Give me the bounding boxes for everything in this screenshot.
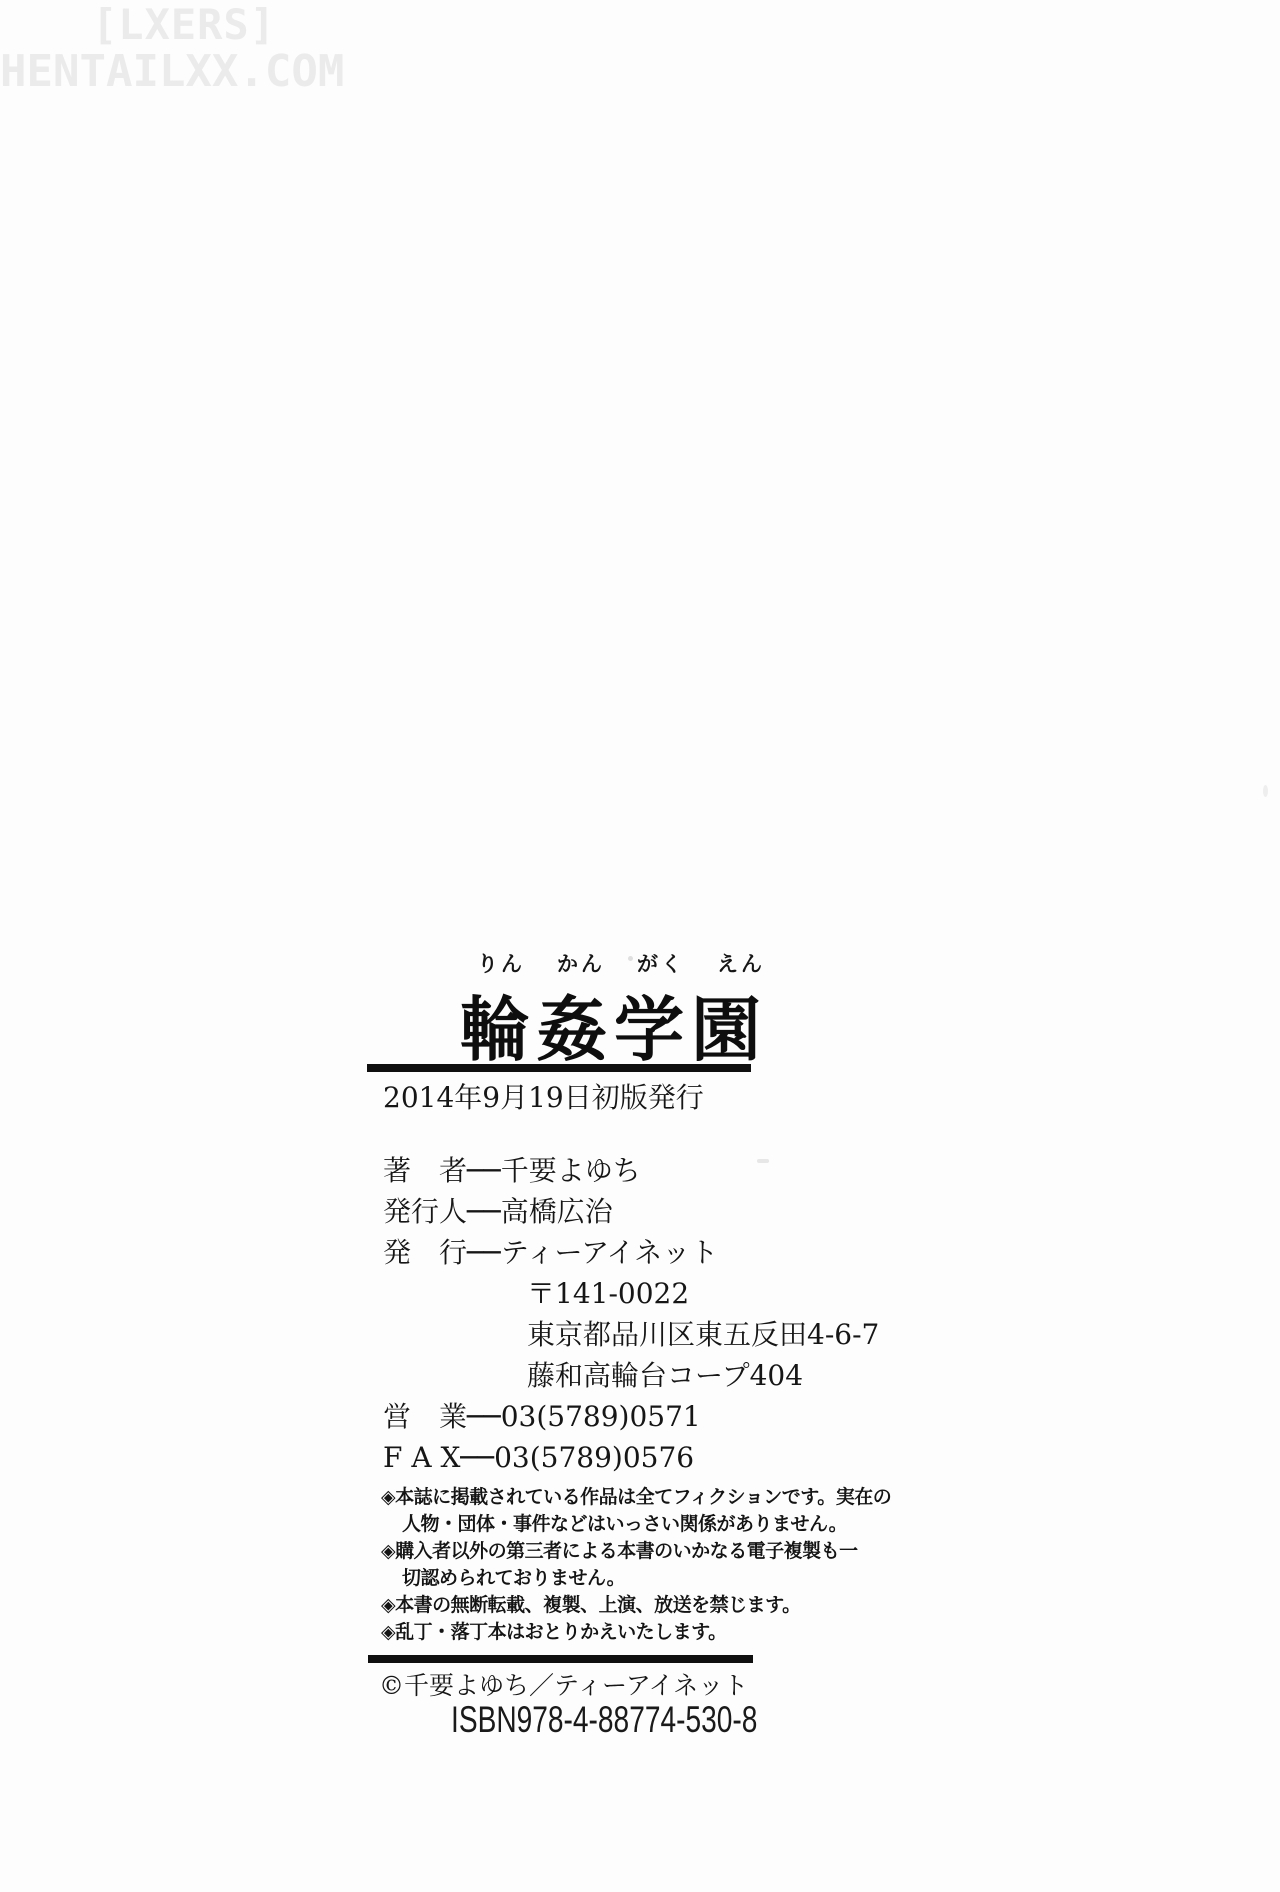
notice-fiction-2: 人物・団体・事件などはいっさい関係がありません。	[381, 1511, 891, 1538]
colophon-page: [LXERS] HENTAILXX.COM りん かん がく えん 輪姦学園 2…	[0, 0, 1280, 1892]
author-line: 著 者──千要よゆち	[383, 1150, 879, 1191]
notice-copy-1: ◈購入者以外の第三者による本書のいかなる電子複製も一	[381, 1538, 891, 1565]
notice-fiction-1: ◈本誌に掲載されている作品は全てフィクションです。実在の	[381, 1484, 891, 1511]
isbn-number: ISBN978-4-88774-530-8	[451, 1699, 757, 1741]
scan-speckle	[628, 956, 633, 961]
address-line-2: 藤和高輪台コープ404	[383, 1355, 879, 1396]
publisher-person-line: 発行人──高橋広治	[383, 1191, 879, 1232]
scan-speckle	[757, 1159, 769, 1163]
publisher-line: 発 行──ティーアイネット	[383, 1232, 879, 1273]
watermark-site-url: HENTAILXX.COM	[0, 46, 344, 97]
title-divider-rule	[367, 1064, 751, 1072]
watermark-site-tag: [LXERS]	[92, 0, 276, 49]
scan-speckle	[1263, 785, 1268, 797]
postal-code-line: 〒141-0022	[383, 1273, 879, 1314]
copyright-line: ©千要よゆち／ティーアイネット	[379, 1666, 748, 1702]
fax-line: F A X──03(5789)0576	[383, 1437, 879, 1478]
sales-phone-line: 営 業──03(5789)0571	[383, 1396, 879, 1437]
notice-reproduction: ◈本書の無断転載、複製、上演、放送を禁じます。	[381, 1592, 891, 1619]
book-title: 輪姦学園	[460, 974, 768, 1075]
address-line-1: 東京都品川区東五反田4-6-7	[383, 1314, 879, 1355]
footer-divider-rule	[368, 1655, 753, 1663]
publication-info: 著 者──千要よゆち 発行人──高橋広治 発 行──ティーアイネット 〒141-…	[383, 1150, 879, 1478]
legal-notices: ◈本誌に掲載されている作品は全てフィクションです。実在の 人物・団体・事件などは…	[381, 1484, 891, 1646]
edition-date: 2014年9月19日初版発行	[383, 1076, 704, 1116]
notice-copy-2: 切認められておりません。	[381, 1565, 891, 1592]
notice-defective: ◈乱丁・落丁本はおとりかえいたします。	[381, 1619, 891, 1646]
